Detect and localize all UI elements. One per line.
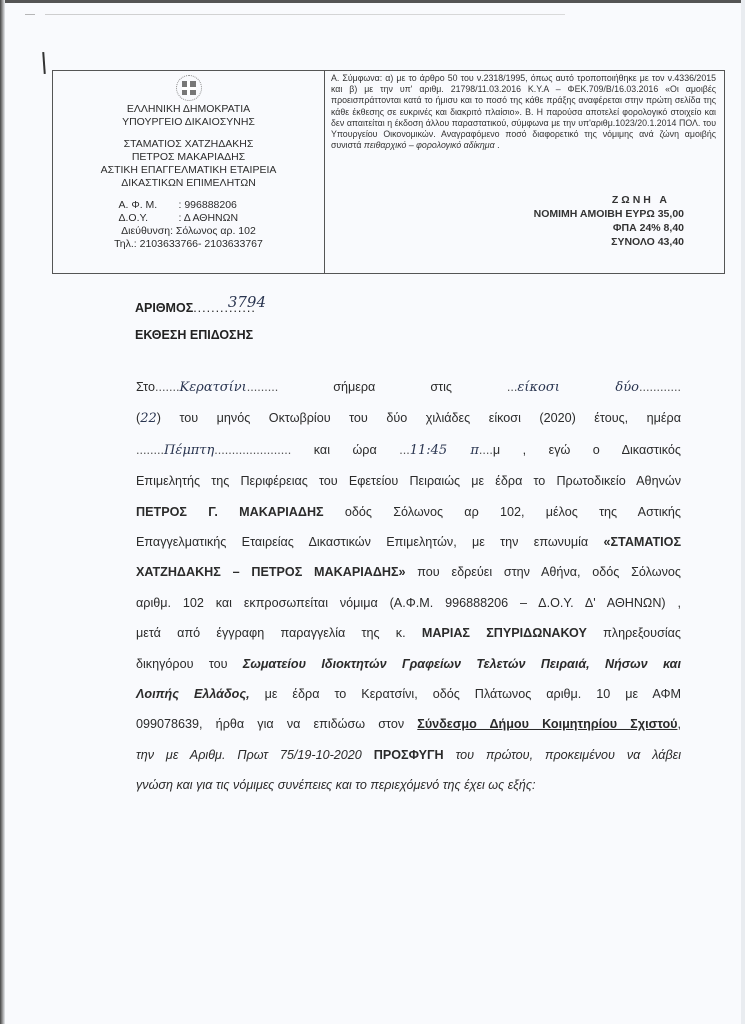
- body-line-14: γνώση και για τις νόμιμες συνέπειες και …: [136, 770, 681, 800]
- company-line-2: ΔΙΚΑΣΤΙΚΩΝ ΕΠΙΜΕΛΗΤΩΝ: [53, 177, 324, 190]
- scan-edge-left: [0, 0, 5, 1024]
- phone-line: Τηλ.: 2103633766- 2103633767: [53, 238, 324, 251]
- handwritten-day-words: είκοσι δύο: [517, 380, 639, 395]
- body-line-12: 099078639, ήρθα για να επιδώσω στον Σύνδ…: [136, 709, 681, 739]
- body-line-11: Λοιπής Ελλάδος, με έδρα το Κερατσίνι, οδ…: [136, 679, 681, 709]
- document-heading: ΑΡΙΘΜΟΣ..............3794 ΕΚΘΕΣΗ ΕΠΙΔΟΣΗ…: [135, 294, 266, 349]
- body-line-8: αριθμ. 102 και εκπροσωπείται νόμιμα (Α.Φ…: [136, 588, 681, 618]
- address-line: Διεύθυνση: Σόλωνος αρ. 102: [53, 225, 324, 238]
- greek-coat-of-arms-icon: [176, 75, 202, 101]
- header-box: ΕΛΛΗΝΙΚΗ ΔΗΜΟΚΡΑΤΙΑ ΥΠΟΥΡΓΕΙΟ ΔΙΚΑΙΟΣΥΝΗ…: [52, 70, 725, 274]
- afm-label: Α. Φ. Μ.: [119, 199, 179, 212]
- doy-value: : Δ ΑΘΗΝΩΝ: [179, 212, 259, 225]
- legal-fee-line: ΝΟΜΙΜΗ ΑΜΟΙΒΗ ΕΥΡΩ 35,00: [534, 207, 684, 221]
- bailiff-name-2: ΠΕΤΡΟΣ ΜΑΚΑΡΙΑΔΗΣ: [53, 151, 324, 164]
- doy-row: Δ.Ο.Υ. : Δ ΑΘΗΝΩΝ: [53, 212, 324, 225]
- handwritten-place: Κερατσίνι: [179, 380, 246, 395]
- fee-notice-block: Α. Σύμφωνα: α) με το άρθρο 50 του ν.2318…: [325, 71, 724, 273]
- recipient-name: Σύνδεσμο Δήμου Κοιμητηρίου Σχιστού: [417, 717, 677, 731]
- body-line-4: Επιμελητής της Περιφέρειας του Εφετείου …: [136, 466, 681, 496]
- bailiff-name-1: ΣΤΑΜΑΤΙΟΣ ΧΑΤΖΗΔΑΚΗΣ: [53, 138, 324, 151]
- body-line-9: μετά από έγγραφη παραγγελία της κ. ΜΑΡΙΑ…: [136, 618, 681, 648]
- doy-label: Δ.Ο.Υ.: [119, 212, 179, 225]
- scan-edge-top: [0, 0, 745, 3]
- ministry-title: ΥΠΟΥΡΓΕΙΟ ΔΙΚΑΙΟΣΥΝΗΣ: [53, 116, 324, 129]
- pen-mark: [42, 52, 46, 74]
- scanned-page: ΕΛΛΗΝΙΚΗ ΔΗΜΟΚΡΑΤΙΑ ΥΠΟΥΡΓΕΙΟ ΔΙΚΑΙΟΣΥΝΗ…: [0, 0, 745, 1024]
- document-title: ΕΚΘΕΣΗ ΕΠΙΔΟΣΗΣ: [135, 322, 266, 349]
- afm-row: Α. Φ. Μ. : 996888206: [53, 199, 324, 212]
- body-line-10: δικηγόρου του Σωματείου Ιδιοκτητών Γραφε…: [136, 649, 681, 679]
- scan-artifact-line: [25, 14, 565, 15]
- service-report-body: Στο.......Κερατσίνι......... σήμερα στις…: [136, 372, 681, 801]
- body-line-2: (22) του μηνός Οκτωβρίου του δύο χιλιάδε…: [136, 403, 681, 434]
- company-line-1: ΑΣΤΙΚΗ ΕΠΑΓΓΕΛΜΑΤΙΚΗ ΕΤΑΙΡΕΙΑ: [53, 164, 324, 177]
- bailiff-office-block: ΕΛΛΗΝΙΚΗ ΔΗΜΟΚΡΑΤΙΑ ΥΠΟΥΡΓΕΙΟ ΔΙΚΑΙΟΣΥΝΗ…: [53, 71, 325, 273]
- body-line-3: ........Πέμπτη...................... και…: [136, 435, 681, 466]
- document-number: ΑΡΙΘΜΟΣ..............3794: [135, 294, 266, 322]
- legal-note-italic: πειθαρχικό – φορολογικό αδίκημα: [364, 140, 495, 150]
- handwritten-day-number: 22: [140, 411, 157, 426]
- body-line-6: Επαγγελματικής Εταιρείας Δικαστικών Επιμ…: [136, 527, 681, 557]
- scan-edge-right: [741, 0, 745, 1024]
- handwritten-time: 11:45 π: [410, 443, 479, 458]
- vat-line: ΦΠΑ 24% 8,40: [534, 221, 684, 235]
- body-line-13: την με Αριθμ. Πρωτ 75/19-10-2020 ΠΡΟΣΦΥΓ…: [136, 740, 681, 770]
- legal-note-main: Α. Σύμφωνα: α) με το άρθρο 50 του ν.2318…: [331, 73, 716, 150]
- body-line-5: ΠΕΤΡΟΣ Γ. ΜΑΚΑΡΙΑΔΗΣ οδός Σόλωνος αρ 102…: [136, 497, 681, 527]
- legal-note: Α. Σύμφωνα: α) με το άρθρο 50 του ν.2318…: [331, 73, 716, 151]
- body-line-7: ΧΑΤΖΗΔΑΚΗΣ – ΠΕΤΡΟΣ ΜΑΚΑΡΙΑΔΗΣ» που εδρε…: [136, 557, 681, 587]
- total-line: ΣΥΝΟΛΟ 43,40: [534, 235, 684, 249]
- republic-title: ΕΛΛΗΝΙΚΗ ΔΗΜΟΚΡΑΤΙΑ: [53, 103, 324, 116]
- handwritten-weekday: Πέμπτη: [164, 443, 214, 458]
- fee-table: ΖΩΝΗ Α ΝΟΜΙΜΗ ΑΜΟΙΒΗ ΕΥΡΩ 35,00 ΦΠΑ 24% …: [534, 193, 684, 249]
- zone-label: ΖΩΝΗ Α: [534, 193, 670, 207]
- body-line-1: Στο.......Κερατσίνι......... σήμερα στις…: [136, 372, 681, 403]
- afm-value: : 996888206: [179, 199, 259, 212]
- handwritten-number: 3794: [228, 293, 266, 311]
